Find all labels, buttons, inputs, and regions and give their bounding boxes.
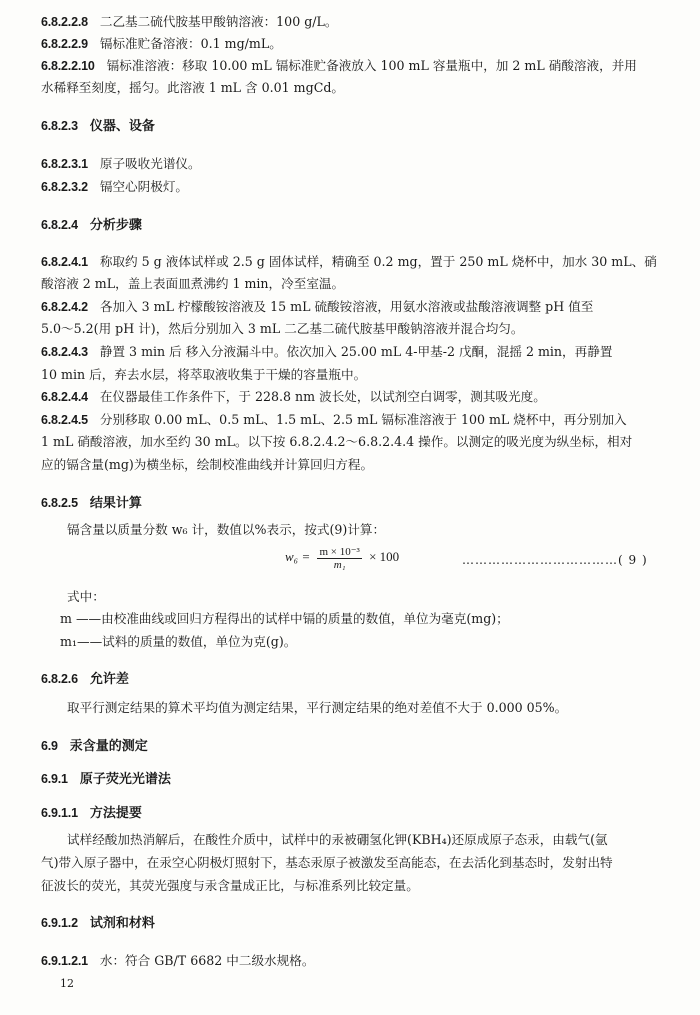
section-heading-6-9-1: 6.9.1原子荧光光谱法: [41, 770, 171, 789]
clause-number: 6.8.2.2.9: [41, 37, 88, 51]
document-page: 6.8.2.2.8二乙基二硫代胺基甲酸钠溶液：100 g/L。 6.8.2.2.…: [0, 0, 700, 1015]
clause-number: 6.8.2.4.2: [41, 300, 88, 314]
clause-continuation: 水稀释至刻度，摇匀。此溶液 1 mL 含 0.01 mgCd。: [41, 79, 344, 97]
clause-number: 6.8.2.3.1: [41, 157, 88, 171]
section-heading-6-9-1-2: 6.9.1.2试剂和材料: [41, 914, 155, 933]
formula-fraction: m × 10⁻³ m₁: [317, 545, 361, 571]
clause-text: 分别移取 0.00 mL、0.5 mL、1.5 mL、2.5 mL 镉标准溶液于…: [100, 412, 627, 427]
section-title: 汞含量的测定: [70, 739, 148, 754]
clause-number: 6.9.1.2.1: [41, 954, 88, 968]
section-number: 6.8.2.5: [41, 496, 78, 510]
formula-numerator: m × 10⁻³: [317, 545, 361, 559]
clause-number: 6.8.2.4.3: [41, 345, 88, 359]
clause-continuation: 酸溶液 2 mL，盖上表面皿煮沸约 1 min，冷至室温。: [41, 275, 344, 293]
clause-text: 水：符合 GB/T 6682 中二级水规格。: [100, 953, 315, 968]
clause-number: 6.8.2.2.8: [41, 15, 88, 29]
clause-6-8-2-2-10: 6.8.2.2.10镉标准溶液：移取 10.00 mL 镉标准贮备液放入 100…: [41, 57, 637, 76]
clause-text: 原子吸收光谱仪。: [100, 156, 201, 171]
clause-number: 6.8.2.2.10: [41, 59, 95, 73]
section-number: 6.8.2.4: [41, 218, 78, 232]
section-heading-6-9: 6.9汞含量的测定: [41, 737, 148, 756]
clause-number: 6.8.2.4.4: [41, 390, 88, 404]
section-number: 6.9.1: [41, 772, 68, 786]
formula-denominator: m₁: [317, 559, 361, 571]
section-heading-6-8-2-3: 6.8.2.3仪器、设备: [41, 117, 155, 136]
section-number: 6.8.2.3: [41, 119, 78, 133]
clause-text: 静置 3 min 后 移入分液漏斗中。依次加入 25.00 mL 4-甲基-2 …: [100, 344, 613, 359]
section-title: 试剂和材料: [90, 916, 155, 931]
clause-6-8-2-4-4: 6.8.2.4.4在仪器最佳工作条件下，于 228.8 nm 波长处，以试剂空白…: [41, 388, 546, 407]
section-heading-6-9-1-1: 6.9.1.1方法提要: [41, 804, 142, 823]
clause-text: 二乙基二硫代胺基甲酸钠溶液：100 g/L。: [100, 14, 338, 29]
clause-text: 在仪器最佳工作条件下，于 228.8 nm 波长处，以试剂空白调零，测其吸光度。: [100, 389, 546, 404]
clause-continuation: 应的镉含量(mg)为横坐标，绘制校准曲线并计算回归方程。: [41, 456, 373, 474]
section-title: 原子荧光光谱法: [80, 772, 171, 787]
clause-number: 6.8.2.4.5: [41, 413, 88, 427]
section-number: 6.9.1.1: [41, 806, 78, 820]
clause-6-9-1-2-1: 6.9.1.2.1水：符合 GB/T 6682 中二级水规格。: [41, 952, 314, 971]
section-number: 6.9.1.2: [41, 916, 78, 930]
paragraph-text: 镉含量以质量分数 w₆ 计，数值以%表示，按式(9)计算：: [67, 521, 385, 539]
paragraph-text: 取平行测定结果的算术平均值为测定结果，平行测定结果的绝对差值不大于 0.000 …: [67, 699, 567, 717]
clause-6-8-2-4-1: 6.8.2.4.1称取约 5 g 液体试样或 2.5 g 固体试样，精确至 0.…: [41, 253, 657, 272]
clause-6-8-2-4-3: 6.8.2.4.3静置 3 min 后 移入分液漏斗中。依次加入 25.00 m…: [41, 343, 612, 362]
paragraph-text: 气)带入原子器中，在汞空心阴极灯照射下，基态汞原子被激发至高能态，在去活化到基态…: [41, 854, 613, 872]
section-title: 仪器、设备: [90, 119, 155, 134]
legend-item-m1: m₁——试料的质量的数值，单位为克(g)。: [60, 633, 296, 651]
clause-6-8-2-3-1: 6.8.2.3.1原子吸收光谱仪。: [41, 155, 201, 174]
legend-heading: 式中：: [67, 588, 105, 606]
clause-text: 镉标准贮备溶液：0.1 mg/mL。: [100, 36, 282, 51]
section-number: 6.8.2.6: [41, 672, 78, 686]
paragraph-text: 征波长的荧光，其荧光强度与汞含量成正比，与标准系列比较定量。: [41, 877, 419, 895]
formula-lhs: w₆ =: [285, 549, 310, 564]
section-title: 方法提要: [90, 806, 142, 821]
paragraph-text: 试样经酸加热消解后，在酸性介质中，试样中的汞被硼氢化钾(KBH₄)还原成原子态汞…: [67, 831, 608, 849]
clause-number: 6.8.2.3.2: [41, 180, 88, 194]
clause-6-8-2-4-2: 6.8.2.4.2各加入 3 mL 柠檬酸铵溶液及 15 mL 硫酸铵溶液，用氨…: [41, 298, 593, 317]
legend-item-m: m ——由校准曲线或回归方程得出的试样中镉的质量的数值，单位为毫克(mg)；: [60, 610, 509, 628]
equation-number: ………………………………( 9 ): [462, 553, 648, 567]
section-heading-6-8-2-4: 6.8.2.4分析步骤: [41, 216, 142, 235]
clause-continuation: 10 min 后，弃去水层，将萃取液收集于干燥的容量瓶中。: [41, 366, 366, 384]
clause-text: 各加入 3 mL 柠檬酸铵溶液及 15 mL 硫酸铵溶液，用氨水溶液或盐酸溶液调…: [100, 299, 594, 314]
formula-9: w₆ = m × 10⁻³ m₁ × 100: [285, 545, 399, 571]
section-title: 允许差: [90, 672, 129, 687]
clause-text: 镉标准溶液：移取 10.00 mL 镉标准贮备液放入 100 mL 容量瓶中，加…: [107, 58, 637, 73]
page-number: 12: [60, 977, 74, 990]
clause-6-8-2-3-2: 6.8.2.3.2镉空心阴极灯。: [41, 178, 188, 197]
section-title: 结果计算: [90, 496, 142, 511]
formula-multiplier: × 100: [369, 549, 399, 564]
clause-text: 镉空心阴极灯。: [100, 179, 188, 194]
clause-6-8-2-2-8: 6.8.2.2.8二乙基二硫代胺基甲酸钠溶液：100 g/L。: [41, 13, 337, 32]
section-title: 分析步骤: [90, 218, 142, 233]
clause-text: 称取约 5 g 液体试样或 2.5 g 固体试样，精确至 0.2 mg，置于 2…: [100, 254, 657, 269]
clause-6-8-2-4-5: 6.8.2.4.5分别移取 0.00 mL、0.5 mL、1.5 mL、2.5 …: [41, 411, 627, 430]
section-heading-6-8-2-5: 6.8.2.5结果计算: [41, 494, 142, 513]
section-heading-6-8-2-6: 6.8.2.6允许差: [41, 670, 129, 689]
section-number: 6.9: [41, 739, 58, 753]
clause-continuation: 1 mL 硝酸溶液，加水至约 30 mL。以下按 6.8.2.4.2～6.8.2…: [41, 433, 632, 451]
clause-6-8-2-2-9: 6.8.2.2.9镉标准贮备溶液：0.1 mg/mL。: [41, 35, 282, 54]
clause-number: 6.8.2.4.1: [41, 255, 88, 269]
clause-continuation: 5.0～5.2(用 pH 计)，然后分别加入 3 mL 二乙基二硫代胺基甲酸钠溶…: [41, 320, 523, 338]
